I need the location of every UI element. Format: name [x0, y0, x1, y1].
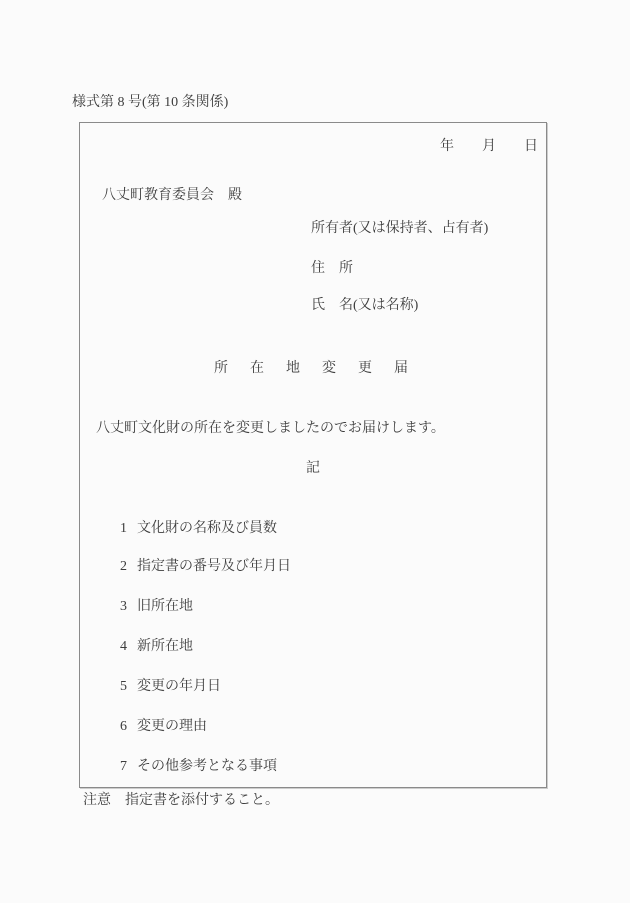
name-label: 氏 名(又は名称) [311, 297, 418, 315]
item-text: 新所在地 [137, 639, 193, 654]
item-text: 文化財の名称及び員数 [137, 521, 277, 536]
item-number: 3 [120, 598, 137, 616]
document-page: 様式第 8 号(第 10 条関係) 年 月 日 八丈町教育委員会 殿 所有者(又… [0, 0, 630, 903]
attention-note: 注意 指定書を添付すること。 [83, 792, 279, 810]
item-text: 変更の年月日 [137, 679, 221, 694]
item-text: 旧所在地 [137, 599, 193, 614]
date-line: 年 月 日 [440, 138, 538, 156]
owner-label: 所有者(又は保持者、占有者) [311, 220, 488, 238]
list-item-7: 7その他参考となる事項 [99, 740, 277, 794]
item-number: 2 [120, 558, 137, 576]
record-marker: 記 [80, 460, 546, 478]
item-text: その他参考となる事項 [137, 759, 277, 774]
body-paragraph: 八丈町文化財の所在を変更しましたのでお届けします。 [96, 420, 445, 438]
item-number: 6 [120, 718, 137, 736]
item-text: 指定書の番号及び年月日 [137, 559, 291, 574]
document-title: 所 在 地 変 更 届 [80, 360, 546, 378]
item-number: 5 [120, 678, 137, 696]
address-label: 住 所 [311, 260, 353, 278]
addressee-line: 八丈町教育委員会 殿 [102, 187, 242, 205]
item-number: 1 [120, 520, 137, 538]
form-border-box: 年 月 日 八丈町教育委員会 殿 所有者(又は保持者、占有者) 住 所 氏 名(… [79, 122, 547, 788]
item-number: 7 [120, 758, 137, 776]
item-text: 変更の理由 [137, 719, 207, 734]
item-number: 4 [120, 638, 137, 656]
form-number-label: 様式第 8 号(第 10 条関係) [72, 94, 228, 112]
